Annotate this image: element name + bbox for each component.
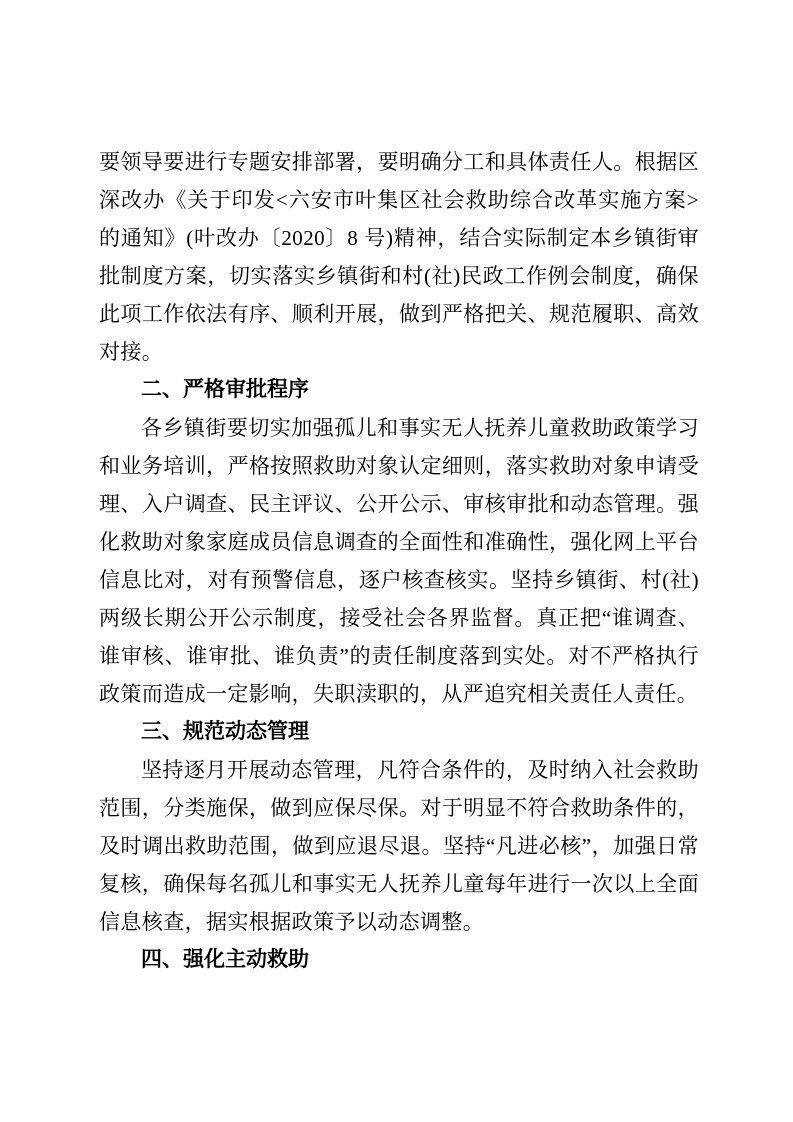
document-page: 要领导要进行专题安排部署，要明确分工和具体责任人。根据区深改办《关于印发<六安市… bbox=[0, 0, 793, 1122]
section-heading: 二、严格审批程序 bbox=[99, 371, 699, 409]
section-heading: 三、规范动态管理 bbox=[99, 713, 699, 751]
paragraph: 要领导要进行专题安排部署，要明确分工和具体责任人。根据区深改办《关于印发<六安市… bbox=[99, 143, 699, 371]
document-body: 要领导要进行专题安排部署，要明确分工和具体责任人。根据区深改办《关于印发<六安市… bbox=[99, 143, 699, 979]
paragraph: 坚持逐月开展动态管理，凡符合条件的，及时纳入社会救助范围，分类施保，做到应保尽保… bbox=[99, 751, 699, 941]
paragraph: 各乡镇街要切实加强孤儿和事实无人抚养儿童救助政策学习和业务培训，严格按照救助对象… bbox=[99, 409, 699, 713]
section-heading: 四、强化主动救助 bbox=[99, 941, 699, 979]
